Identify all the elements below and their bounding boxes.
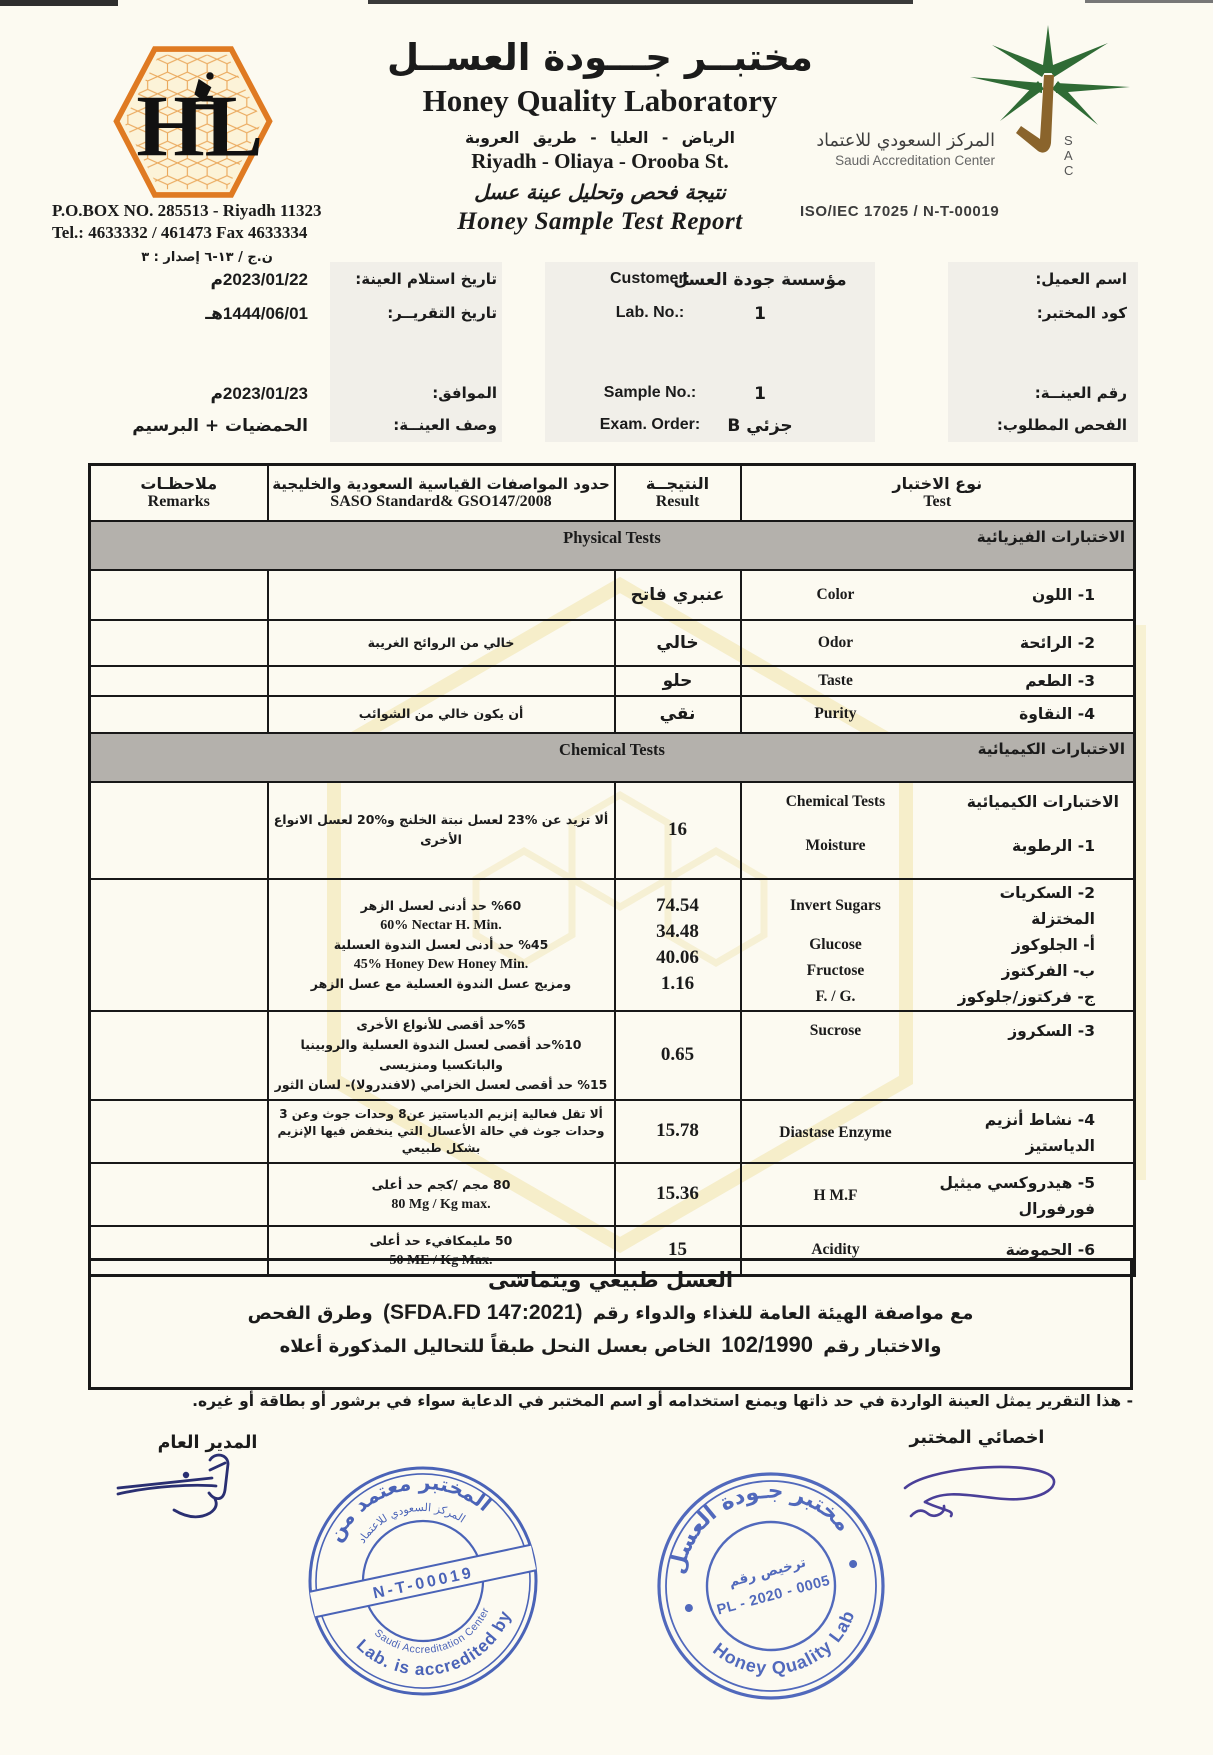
hmf-result: 15.36 <box>616 1181 740 1207</box>
sucrose-test-ar: 3- السكروز <box>929 1018 1133 1044</box>
table-row-taste: 3- الطعمTaste حلو <box>90 666 1135 696</box>
fructose-test-ar: ب- الفركتوز <box>929 958 1133 984</box>
purity-standard: أن يكون خالي من الشوائب <box>269 704 614 724</box>
info-row-exam-order: الفحص المطلوب: جزئي B Exam. Order: وصف ا… <box>0 416 1213 444</box>
conclusion-line2-pre: مع مواصفة الهيئة العامة للغذاء والدواء ر… <box>593 1303 974 1324</box>
scan-artifact <box>368 0 913 4</box>
sample-desc-value: الحمضيات + البرسيم <box>82 416 308 436</box>
diastase-test-en: Diastase Enzyme <box>742 1120 930 1146</box>
customer-label-en: Customer: <box>575 270 725 288</box>
conclusion-line3: والاختبار رقم 102/1990 الخاص بعسل النحل … <box>91 1332 1130 1358</box>
sucrose-test-en: Sucrose <box>742 1018 930 1044</box>
purity-test-en: Purity <box>742 701 930 727</box>
table-row-moisture: الاختبارات الكيميائيةChemical Tests 1- ا… <box>90 782 1135 879</box>
saudi-accreditation-center-logo-icon: S A C <box>930 25 1145 205</box>
physical-banner-ar: الاختبارات الفيزيائية <box>977 528 1125 546</box>
chemical-banner-ar: الاختبارات الكيميائية <box>978 740 1125 758</box>
moisture-test-en: Moisture <box>742 833 930 859</box>
diastase-result: 15.78 <box>616 1118 740 1144</box>
exam-required-label-ar: الفحص المطلوب: <box>927 416 1127 434</box>
conclusion-line2: مع مواصفة الهيئة العامة للغذاء والدواء ر… <box>91 1301 1130 1325</box>
invert-standard-line: %60 حد أدنى لعسل الزهر <box>269 896 614 916</box>
info-row-lab-no: كود المختبر: 1 Lab. No.: تاريخ التقريــر… <box>0 304 1213 332</box>
info-row-sample-no: رقم العينــة: 1 Sample No.: الموافق: 202… <box>0 384 1213 412</box>
honey-test-report-page: HL P.O.BOX NO. 285513 - Riyadh 11323 Tel… <box>0 0 1213 1755</box>
invert-test-en: Invert Sugars <box>742 893 930 919</box>
invert-standard-line: 60% Nectar H. Min. <box>269 916 614 935</box>
sample-no-label-ar: رقم العينــة: <box>927 384 1127 402</box>
lab-specialist-signature <box>893 1458 1073 1533</box>
conclusion-line2-post: وطرق الفحص <box>248 1303 373 1324</box>
greg-date-value: 2023/01/23م <box>82 384 308 404</box>
table-row-color: 1- اللونColor عنبري فاتح <box>90 570 1135 620</box>
chemical-tests-banner: Chemical Tests الاختبارات الكيميائية <box>90 733 1135 782</box>
col-result-header: النتيجــة Result <box>615 465 741 521</box>
chem-section-ar: الاختبارات الكيميائية <box>929 789 1133 815</box>
sample-desc-label: وصف العينــة: <box>335 416 497 434</box>
color-result: عنبري فاتح <box>616 585 740 605</box>
sucrose-standard-line: %15 حد أقصى لعسل الخزامي (لافندرولا)- لس… <box>269 1075 614 1095</box>
sucrose-remarks <box>90 1011 268 1100</box>
scan-watermark-strip <box>1136 625 1146 1180</box>
col-test-header: نوع الاختبار Test <box>741 465 1135 521</box>
doc-code-line: ن.ج / ١٣-٦ إصدار : ٣ <box>52 250 362 265</box>
glucose-result: 34.48 <box>616 919 740 945</box>
standard-header-en: SASO Standard& GSO147/2008 <box>269 493 614 511</box>
test-results-table: نوع الاختبار Test النتيجــة Result حدود … <box>88 463 1136 1277</box>
lab-specialist-title: اخصائي المختبر <box>897 1428 1057 1448</box>
report-title-arabic: نتيجة فحص وتحليل عينة عسل <box>305 180 895 204</box>
info-row-customer: اسم العميل: مؤسسة جودة العسل Customer: ت… <box>0 270 1213 298</box>
greg-date-label: الموافق: <box>335 384 497 402</box>
col-standard-header: حدود المواصفات القياسية السعودية والخليج… <box>268 465 615 521</box>
receive-date-value: 2023/01/22م <box>82 270 308 290</box>
moisture-test-ar: 1- الرطوبة <box>929 833 1133 859</box>
sucrose-result: 0.65 <box>616 1042 740 1068</box>
taste-remarks <box>90 666 268 696</box>
sac-letter-a: A <box>1064 148 1073 163</box>
sucrose-standard-line: %5حد أقصى للأنواع الأخرى <box>269 1015 614 1035</box>
exam-order-label-en: Exam. Order: <box>575 416 725 434</box>
fg-ratio-test-ar: ج- فركتوز/جلوكوز <box>929 984 1133 1010</box>
conclusion-box: العسل طبيعي ويتماشى مع مواصفة الهيئة الع… <box>88 1258 1133 1390</box>
taste-result: حلو <box>616 671 740 691</box>
table-row-purity: 4- النقاوةPurity نقي أن يكون خالي من الش… <box>90 696 1135 733</box>
sample-no-label-en: Sample No.: <box>575 384 725 402</box>
lab-title-arabic: مختبــر جـــودة العســل <box>305 36 895 79</box>
honey-quality-lab-stamp: مختبر جـودة العسل ترخيص رقم PL - 2020 - … <box>648 1448 894 1728</box>
table-row-invert-sugars: 2- السكريات المختزلةInvert Sugars أ- الج… <box>90 879 1135 1011</box>
fructose-result: 40.06 <box>616 945 740 971</box>
table-header-row: نوع الاختبار Test النتيجــة Result حدود … <box>90 465 1135 521</box>
table-row-diastase: 4- نشاط أنزيم الدياستيزDiastase Enzyme 1… <box>90 1100 1135 1163</box>
moisture-remarks <box>90 782 268 879</box>
test-number-code: 102/1990 <box>717 1332 817 1358</box>
taste-test-ar: 3- الطعم <box>929 668 1133 694</box>
conclusion-line3-pre: والاختبار رقم <box>823 1336 941 1357</box>
invert-standard-line: %45 حد أدنى لعسل الندوة العسلية <box>269 935 614 955</box>
purity-remarks <box>90 696 268 733</box>
disclaimer-note: - هذا التقرير يمثل العينة الواردة في حد … <box>88 1392 1133 1410</box>
fructose-test-en: Fructose <box>742 958 930 984</box>
col-remarks-header: ملاحظـات Remarks <box>90 465 268 521</box>
odor-test-en: Odor <box>742 630 930 656</box>
odor-standard: خالي من الروائح الغريبة <box>269 633 614 653</box>
hmf-standard-line: 80 مجم /كجم حد أعلى <box>269 1175 614 1195</box>
lab-title-english: Honey Quality Laboratory <box>305 83 895 119</box>
chem-section-en: Chemical Tests <box>742 789 930 815</box>
table-row-odor: 2- الرائحةOdor خالي خالي من الروائح الغر… <box>90 620 1135 666</box>
table-row-hmf: 5- هيدروكسي ميثيل فورفورالH M.F 15.36 80… <box>90 1163 1135 1226</box>
sfda-code: (SFDA.FD 147:2021) <box>379 1301 587 1325</box>
result-header-ar: النتيجــة <box>616 474 740 493</box>
sac-name-arabic: المركز السعودي للاعتماد <box>790 131 995 153</box>
conclusion-line3-post: الخاص بعسل النحل طبقاً للتحاليل المذكورة… <box>280 1336 711 1357</box>
remarks-header-ar: ملاحظـات <box>91 474 267 493</box>
diastase-remarks <box>90 1100 268 1163</box>
invert-result: 74.54 <box>616 893 740 919</box>
sucrose-standard-line: %10حد أقصى لعسل الندوة العسلية والروبيني… <box>269 1035 614 1075</box>
general-manager-signature <box>112 1448 287 1538</box>
sac-letter-s: S <box>1064 133 1073 148</box>
conclusion-line1: العسل طبيعي ويتماشى <box>91 1268 1130 1292</box>
receive-date-label: تاريخ استلام العينة: <box>335 270 497 288</box>
taste-test-en: Taste <box>742 668 930 694</box>
sac-name-english: Saudi Accreditation Center <box>790 153 995 170</box>
lab-code-label-ar: كود المختبر: <box>927 304 1127 322</box>
test-header-en: Test <box>742 493 1134 511</box>
iso-accreditation-line: ISO/IEC 17025 / N-T-00019 <box>800 203 1030 220</box>
purity-test-ar: 4- النقاوة <box>929 701 1133 727</box>
color-test-en: Color <box>742 582 930 608</box>
sac-accreditation-stamp: المختبر معتمد من المركز السعودي للاعتماد… <box>300 1448 546 1714</box>
glucose-test-en: Glucose <box>742 932 930 958</box>
odor-remarks <box>90 620 268 666</box>
standard-header-ar: حدود المواصفات القياسية السعودية والخليج… <box>269 475 614 493</box>
moisture-result: 16 <box>616 817 740 843</box>
honey-quality-lab-logo-icon: HL <box>108 42 278 202</box>
report-date-value: 1444/06/01هـ <box>82 304 308 324</box>
fg-ratio-test-en: F. / G. <box>742 984 930 1010</box>
odor-test-ar: 2- الرائحة <box>929 630 1133 656</box>
sac-names: المركز السعودي للاعتماد Saudi Accreditat… <box>790 131 995 170</box>
physical-tests-banner: Physical Tests الاختبارات الفيزيائية <box>90 521 1135 570</box>
invert-remarks <box>90 879 268 1011</box>
hmf-test-en: H M.F <box>742 1183 930 1209</box>
customer-label-ar: اسم العميل: <box>927 270 1127 288</box>
hmf-remarks <box>90 1163 268 1226</box>
fg-ratio-result: 1.16 <box>616 971 740 997</box>
odor-result: خالي <box>616 633 740 653</box>
table-row-sucrose: 3- السكروزSucrose 0.65 %5حد أقصى للأنواع… <box>90 1011 1135 1100</box>
acidity-standard-line: 50 مليمكافيء حد أعلى <box>269 1231 614 1251</box>
color-test-ar: 1- اللون <box>929 582 1133 608</box>
purity-result: نقي <box>616 704 740 724</box>
lab-no-label-en: Lab. No.: <box>575 304 725 322</box>
remarks-header-en: Remarks <box>91 493 267 511</box>
invert-test-ar: 2- السكريات المختزلة <box>929 880 1133 932</box>
chemical-banner-en: Chemical Tests <box>559 740 665 760</box>
sac-letter-c: C <box>1064 163 1073 178</box>
invert-standard-line: 45% Honey Dew Honey Min. <box>269 955 614 974</box>
scan-artifact <box>1085 0 1213 3</box>
report-date-label: تاريخ التقريــر: <box>335 304 497 322</box>
diastase-test-ar: 4- نشاط أنزيم الدياستيز <box>929 1107 1133 1159</box>
invert-standard-line: ومزيج عسل الندوة العسلية مع عسل الزهر <box>269 974 614 994</box>
hmf-standard-line: 80 Mg / Kg max. <box>269 1195 614 1214</box>
physical-banner-en: Physical Tests <box>563 528 661 548</box>
test-header-ar: نوع الاختبار <box>742 474 1134 493</box>
color-remarks <box>90 570 268 620</box>
hmf-test-ar: 5- هيدروكسي ميثيل فورفورال <box>929 1170 1133 1222</box>
scan-artifact <box>0 0 118 6</box>
result-header-en: Result <box>616 493 740 511</box>
moisture-standard: ألا تزيد عن %23 لعسل نبتة الخلنج و%20 لع… <box>269 810 614 850</box>
diastase-standard: ألا تقل فعالية إنزيم الدياستيز عن8 وحدات… <box>269 1106 614 1157</box>
glucose-test-ar: أ- الجلوكوز <box>929 932 1133 958</box>
